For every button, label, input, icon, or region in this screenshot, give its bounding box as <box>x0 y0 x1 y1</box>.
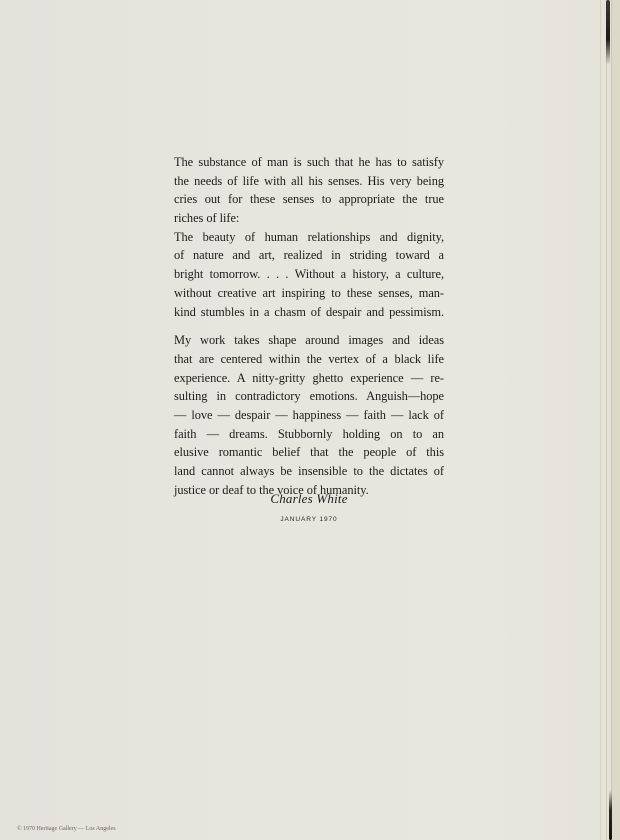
author-signature: Charles White <box>174 491 444 507</box>
text-line: — love — despair — happiness — faith — l… <box>174 406 444 425</box>
paragraph-2: My work takes shape around images and id… <box>174 331 444 499</box>
text-line: without creative art inspiring to these … <box>174 284 444 303</box>
paper-edge-line <box>606 0 607 840</box>
text-line: the needs of life with all his senses. H… <box>174 172 444 191</box>
text-line: cries out for these senses to appropriat… <box>174 190 444 209</box>
paper-edge-strip <box>612 0 620 840</box>
text-line: experience. A nitty-gritty ghetto experi… <box>174 369 444 388</box>
document-page: The substance of man is such that he has… <box>0 0 620 840</box>
paper-edge-line <box>611 0 612 840</box>
text-line: that are centered within the vertex of a… <box>174 350 444 369</box>
text-line: riches of life: <box>174 209 444 228</box>
paragraph-1: The substance of man is such that he has… <box>174 153 444 321</box>
text-line: kind stumbles in a chasm of despair and … <box>174 303 444 322</box>
binding-shadow-bottom <box>609 790 612 840</box>
text-line: sulting in contradictory emotions. Angui… <box>174 387 444 406</box>
copyright-footer: © 1970 Heritage Gallery — Los Angeles <box>17 826 116 832</box>
paragraph-gap <box>174 321 444 331</box>
text-line: of nature and art, realized in striding … <box>174 246 444 265</box>
text-line: elusive romantic belief that the people … <box>174 443 444 462</box>
binding-shadow-top <box>606 0 610 65</box>
statement-date: JANUARY 1970 <box>174 516 444 523</box>
text-line: The substance of man is such that he has… <box>174 153 444 172</box>
statement-text: The substance of man is such that he has… <box>174 153 444 499</box>
text-line: land cannot always be insensible to the … <box>174 462 444 481</box>
paper-edge-line <box>600 0 601 840</box>
text-line: The beauty of human relationships and di… <box>174 228 444 247</box>
text-line: My work takes shape around images and id… <box>174 331 444 350</box>
text-line: bright tomorrow. . . . Without a history… <box>174 265 444 284</box>
text-line: faith — dreams. Stubbornly holding on to… <box>174 425 444 444</box>
